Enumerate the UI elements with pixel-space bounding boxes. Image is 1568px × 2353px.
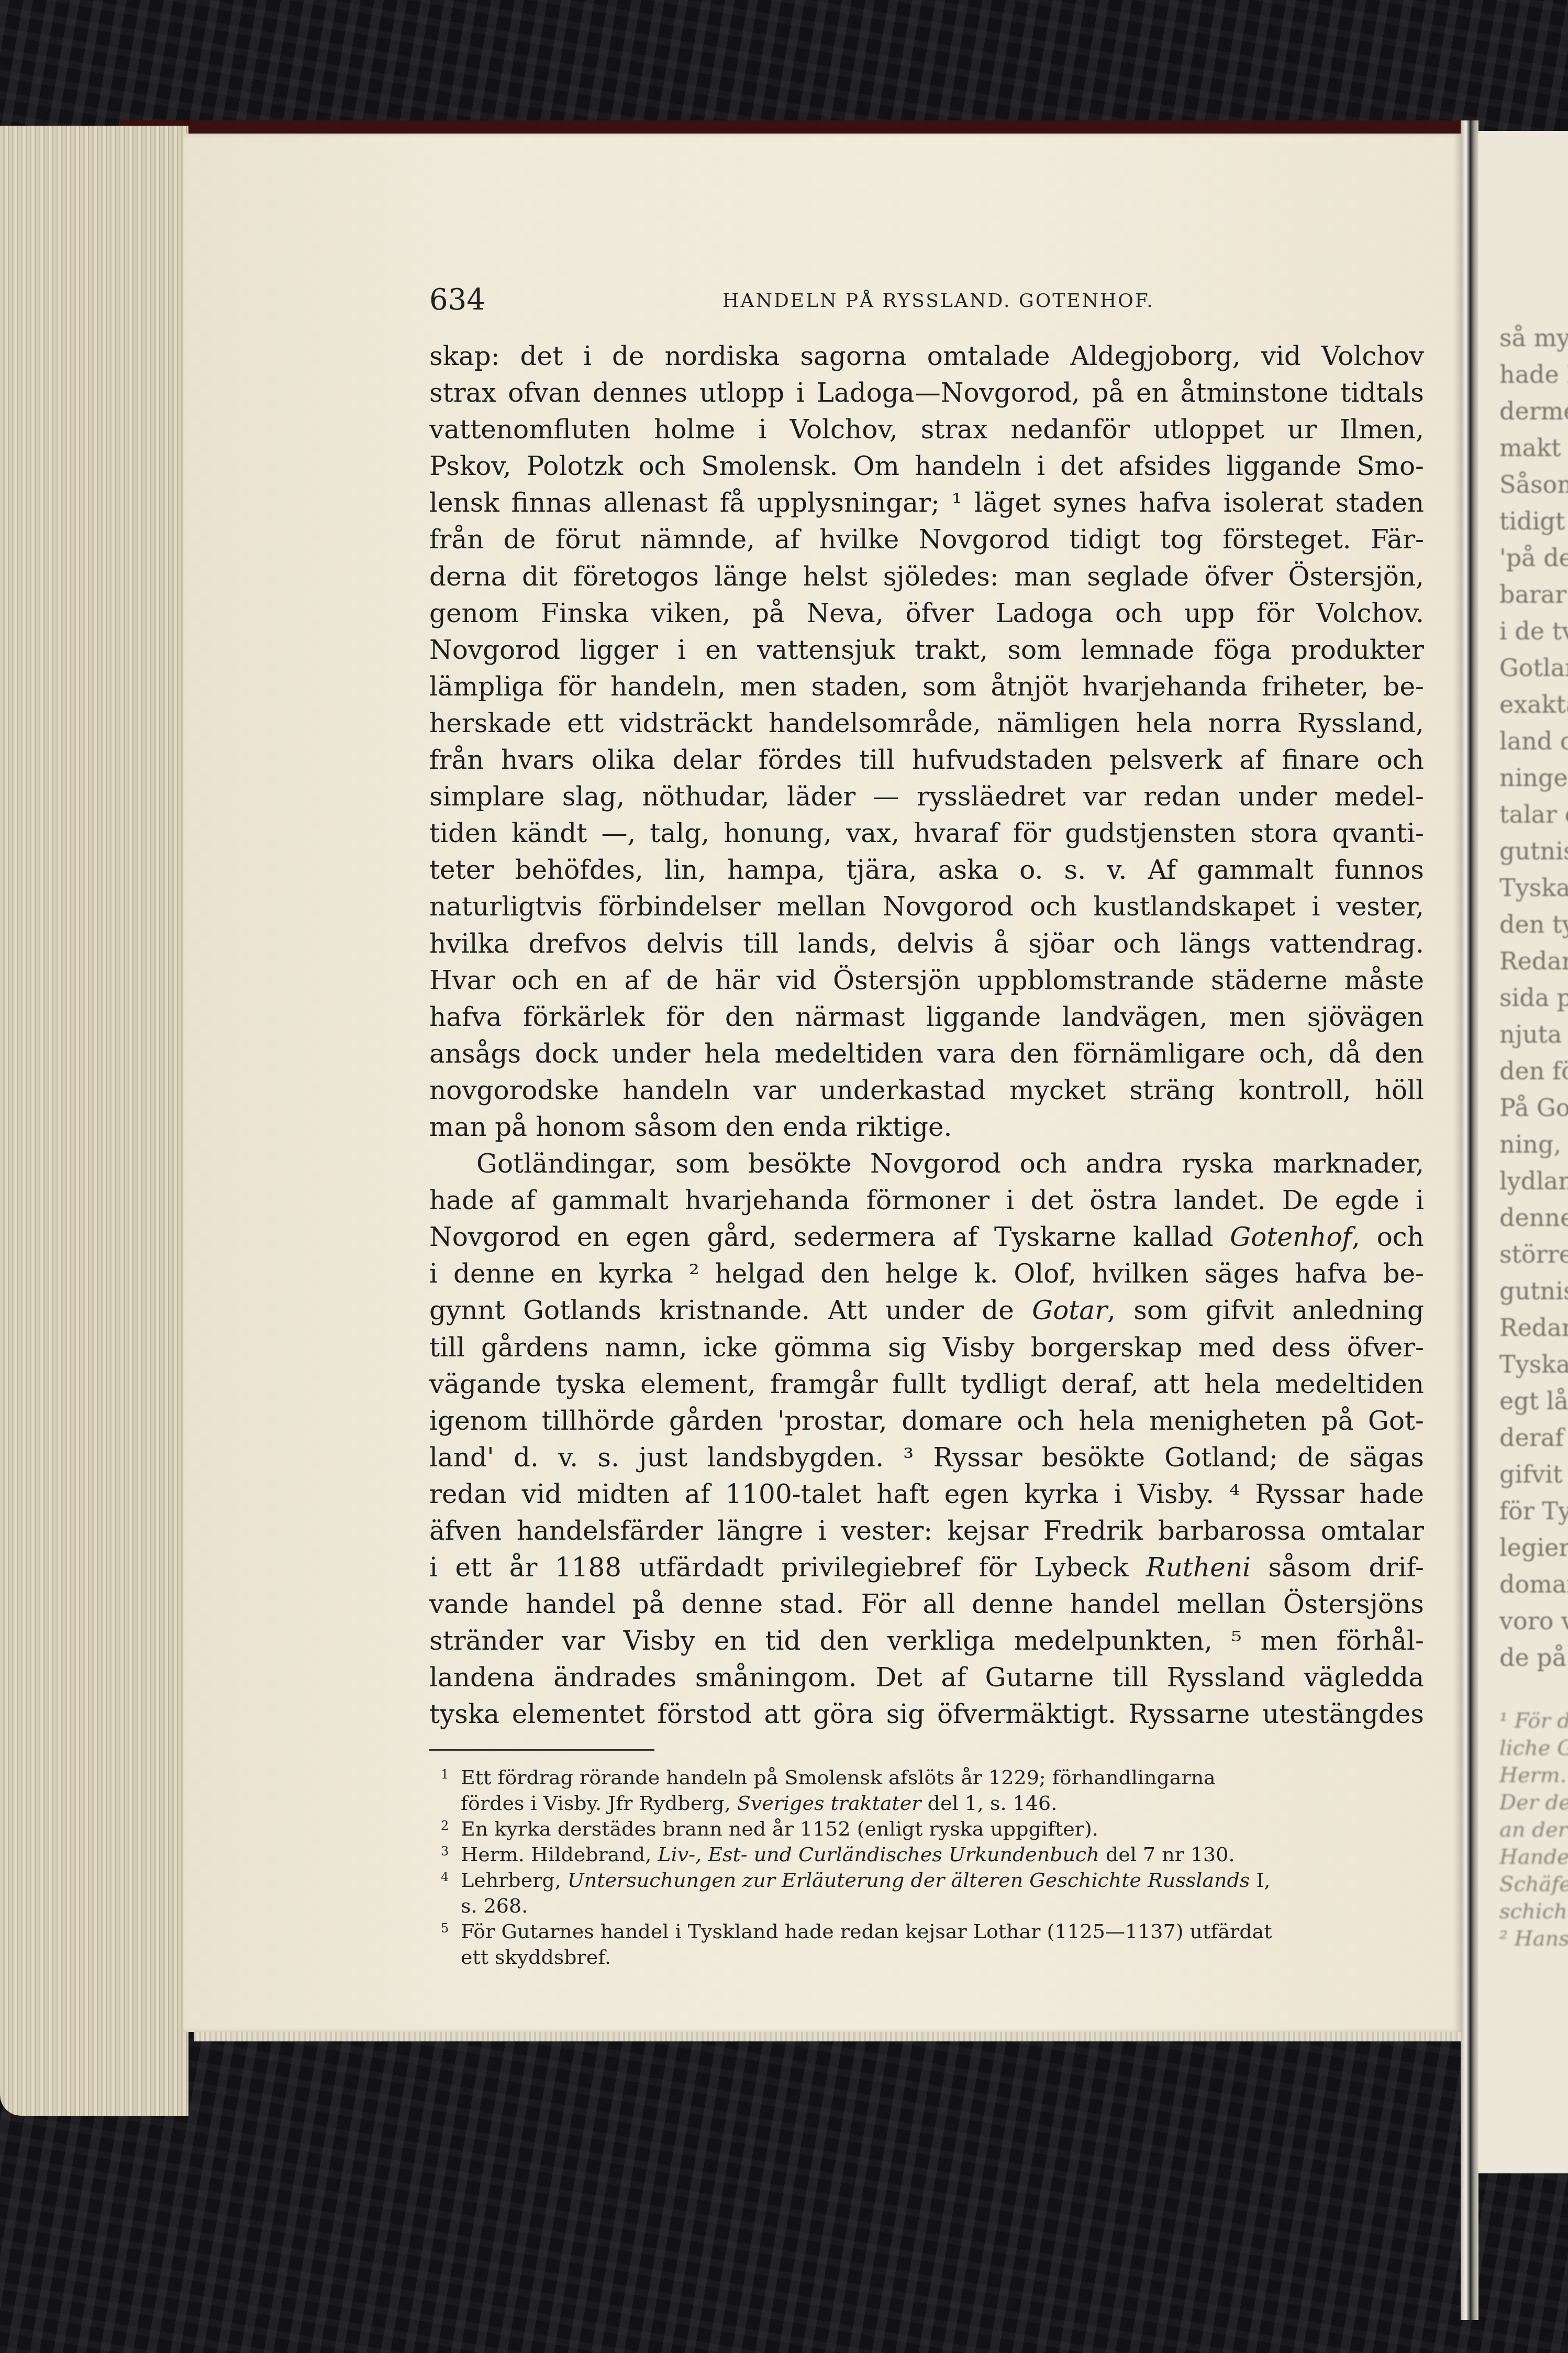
- text-line: hafva förkärlek för den närmast liggande…: [429, 999, 1424, 1035]
- facing-page-fragment: så myckehade Rydermed:makt detSåsomtidig…: [1478, 131, 1568, 2173]
- facing-page-line: lydland u: [1478, 1163, 1568, 1199]
- facing-page-line: tidigt i: [1478, 503, 1568, 539]
- facing-page-line: 'på den: [1478, 539, 1568, 576]
- facing-page-line: sida prok: [1478, 979, 1568, 1016]
- footnote-number: 1: [441, 1762, 449, 1787]
- facing-page-footnote-line: Handels-: [1478, 1843, 1568, 1871]
- text-line: igenom tillhörde gården 'prostar, domare…: [429, 1402, 1424, 1439]
- footnote-line: fördes i Visby. Jfr Rydberg, Sveriges tr…: [461, 1791, 1424, 1816]
- text-line: till gårdens namn, icke gömma sig Visby …: [429, 1329, 1424, 1366]
- facing-page-line: i de två: [1478, 613, 1568, 649]
- facing-page-line: de på Gotl: [1478, 1639, 1568, 1676]
- footnote-number: 4: [441, 1864, 449, 1890]
- footnote-line: ett skyddsbref.: [461, 1945, 1424, 1970]
- facing-page-line: exakta ut: [1478, 686, 1568, 723]
- text-line: land' d. v. s. just landsbygden. ³ Ryssa…: [429, 1439, 1424, 1476]
- footnote-rule: [429, 1749, 654, 1751]
- text-line: lämpliga för handeln, men staden, som åt…: [429, 668, 1424, 705]
- text-line: gynnt Gotlands kristnande. Att under de …: [429, 1292, 1424, 1329]
- text-line: hvilka drefvos delvis till lands, delvis…: [429, 925, 1424, 962]
- facing-page-line: makt det: [1478, 429, 1568, 466]
- text-line: Novgorod en egen gård, sedermera af Tysk…: [429, 1219, 1424, 1255]
- facing-page-footnote-line: Der deut: [1478, 1789, 1568, 1816]
- text-line: vägande tyska element, framgår fullt tyd…: [429, 1366, 1424, 1402]
- text-line: man på honom såsom den enda riktige.: [429, 1109, 1424, 1145]
- facing-page-line: domare öfv: [1478, 1566, 1568, 1603]
- facing-page-line: den följan: [1478, 1053, 1568, 1089]
- facing-page-line: gutniske: [1478, 833, 1568, 869]
- book-gutter: [1461, 120, 1478, 2320]
- facing-page-line: land om: [1478, 723, 1568, 759]
- text-line: teter behöfdes, lin, hampa, tjära, aska …: [429, 852, 1424, 888]
- footnote-line: s. 268.: [461, 1893, 1424, 1919]
- text-line: naturligtvis förbindelser mellan Novgoro…: [429, 888, 1424, 925]
- page-number: 634: [429, 283, 485, 317]
- facing-page-line: den tyska: [1478, 906, 1568, 943]
- facing-page-line: för Tyskar: [1478, 1493, 1568, 1529]
- footnotes: 1Ett fördrag rörande handeln på Smolensk…: [461, 1765, 1424, 1970]
- facing-page-line: dermed:: [1478, 393, 1568, 429]
- text-line: landena ändrades småningom. Det af Gutar…: [429, 1659, 1424, 1696]
- text-line: tiden kändt —, talg, honung, vax, hvaraf…: [429, 815, 1424, 852]
- running-head: 634 HANDELN PÅ RYSSLAND. GOTENHOF.: [429, 283, 1414, 319]
- facing-page-footnote-line: Herm. Hi: [1478, 1762, 1568, 1789]
- facing-page-line: voro väl d: [1478, 1603, 1568, 1639]
- text-line: redan vid midten af 1100-talet haft egen…: [429, 1476, 1424, 1512]
- text-line: novgorodske handeln var underkastad myck…: [429, 1072, 1424, 1109]
- text-line: i denne en kyrka ² helgad den helge k. O…: [429, 1255, 1424, 1292]
- footnote-line: 4Lehrberg, Untersuchungen zur Erläuterun…: [461, 1868, 1424, 1893]
- text-line: från de förut nämnde, af hvilke Novgorod…: [429, 521, 1424, 558]
- text-line: tyska elementet förstod att göra sig öfv…: [429, 1696, 1424, 1732]
- facing-page-footnote-line: liche Ge: [1478, 1735, 1568, 1762]
- facing-page-line: Redan: [1478, 1309, 1568, 1346]
- text-line: simplare slag, nöthudar, läder — ryssläe…: [429, 778, 1424, 815]
- running-title: HANDELN PÅ RYSSLAND. GOTENHOF.: [722, 290, 1154, 312]
- facing-page-line: Gotland'.: [1478, 649, 1568, 686]
- text-line: strax ofvan dennes utlopp i Ladoga—Novgo…: [429, 374, 1424, 411]
- text-line: herskade ett vidsträckt handelsområde, n…: [429, 705, 1424, 742]
- text-line: skap: det i de nordiska sagorna omtalade…: [429, 338, 1424, 374]
- body-text: skap: det i de nordiska sagorna omtalade…: [429, 338, 1424, 1733]
- text-line: genom Finska viken, på Neva, öfver Ladog…: [429, 595, 1424, 632]
- facing-page-line: Tyskar på: [1478, 1346, 1568, 1383]
- text-line: stränder var Visby en tid den verkliga m…: [429, 1622, 1424, 1659]
- text-line: Hvar och en af de här vid Östersjön uppb…: [429, 962, 1424, 999]
- facing-page-line: denne gru: [1478, 1199, 1568, 1236]
- page-bottom-edge: [194, 2032, 1461, 2041]
- footnote-number: 3: [441, 1839, 449, 1864]
- text-line: lensk finnas allenast få upplysningar; ¹…: [429, 484, 1424, 521]
- text-line: vande handel på denne stad. För all denn…: [429, 1586, 1424, 1622]
- facing-page-line: så mycke: [1478, 319, 1568, 356]
- facing-page-line: njuta sven: [1478, 1016, 1568, 1053]
- facing-page-line: Såsom: [1478, 466, 1568, 503]
- footnote-line: 3Herm. Hildebrand, Liv-, Est- und Curlän…: [461, 1842, 1424, 1868]
- facing-page-line: Tyskar, s: [1478, 869, 1568, 906]
- text-line: från hvars olika delar fördes till hufvu…: [429, 742, 1424, 778]
- facing-page-line: egt lång: [1478, 1383, 1568, 1419]
- text-line: Novgorod ligger i en vattensjuk trakt, s…: [429, 632, 1424, 668]
- facing-page-line: hade Ry: [1478, 356, 1568, 393]
- facing-page-line: gifvit dem: [1478, 1456, 1568, 1493]
- facing-page-footnote-line: ¹ För den: [1478, 1707, 1568, 1735]
- footnote-line: 2En kyrka derstädes brann ned år 1152 (e…: [461, 1816, 1424, 1842]
- text-line: Gotländingar, som besökte Novgorod och a…: [429, 1145, 1424, 1182]
- facing-page-line: ningen g: [1478, 759, 1568, 796]
- facing-page-line: ning, eme: [1478, 1126, 1568, 1163]
- text-line: derna dit företogos länge helst sjöledes…: [429, 558, 1424, 595]
- facing-page-line: gutniska,: [1478, 1273, 1568, 1309]
- text-line: Pskov, Polotzk och Smolensk. Om handeln …: [429, 448, 1424, 484]
- text-line: äfven handelsfärder längre i vester: kej…: [429, 1512, 1424, 1549]
- facing-page-line: barar sig: [1478, 576, 1568, 613]
- facing-page-line: legier för: [1478, 1529, 1568, 1566]
- facing-page-footnote-line: an der: [1478, 1816, 1568, 1843]
- facing-page-line: deraf ber: [1478, 1419, 1568, 1456]
- facing-page-footnote-line: ² Hanserece: [1478, 1925, 1568, 1952]
- text-line: ansågs dock under hela medeltiden vara d…: [429, 1035, 1424, 1072]
- facing-page-footnote-line: schichte b: [1478, 1898, 1568, 1925]
- facing-page-line: större rol: [1478, 1236, 1568, 1273]
- text-line: i ett år 1188 utfärdadt privilegiebref f…: [429, 1549, 1424, 1586]
- footnote-number: 5: [441, 1916, 449, 1941]
- facing-page-line: På Gotlan: [1478, 1089, 1568, 1126]
- book-page-stack: [0, 126, 188, 2116]
- facing-page-line: Redan: [1478, 943, 1568, 979]
- footnote-line: 5För Gutarnes handel i Tyskland hade red…: [461, 1919, 1424, 1945]
- facing-page-footnote-line: Schäfer,: [1478, 1871, 1568, 1898]
- facing-page-line: talar om: [1478, 796, 1568, 833]
- text-line: hade af gammalt hvarjehanda förmoner i d…: [429, 1182, 1424, 1219]
- text-line: vattenomfluten holme i Volchov, strax ne…: [429, 411, 1424, 448]
- footnote-line: 1Ett fördrag rörande handeln på Smolensk…: [461, 1765, 1424, 1791]
- footnote-number: 2: [441, 1813, 449, 1839]
